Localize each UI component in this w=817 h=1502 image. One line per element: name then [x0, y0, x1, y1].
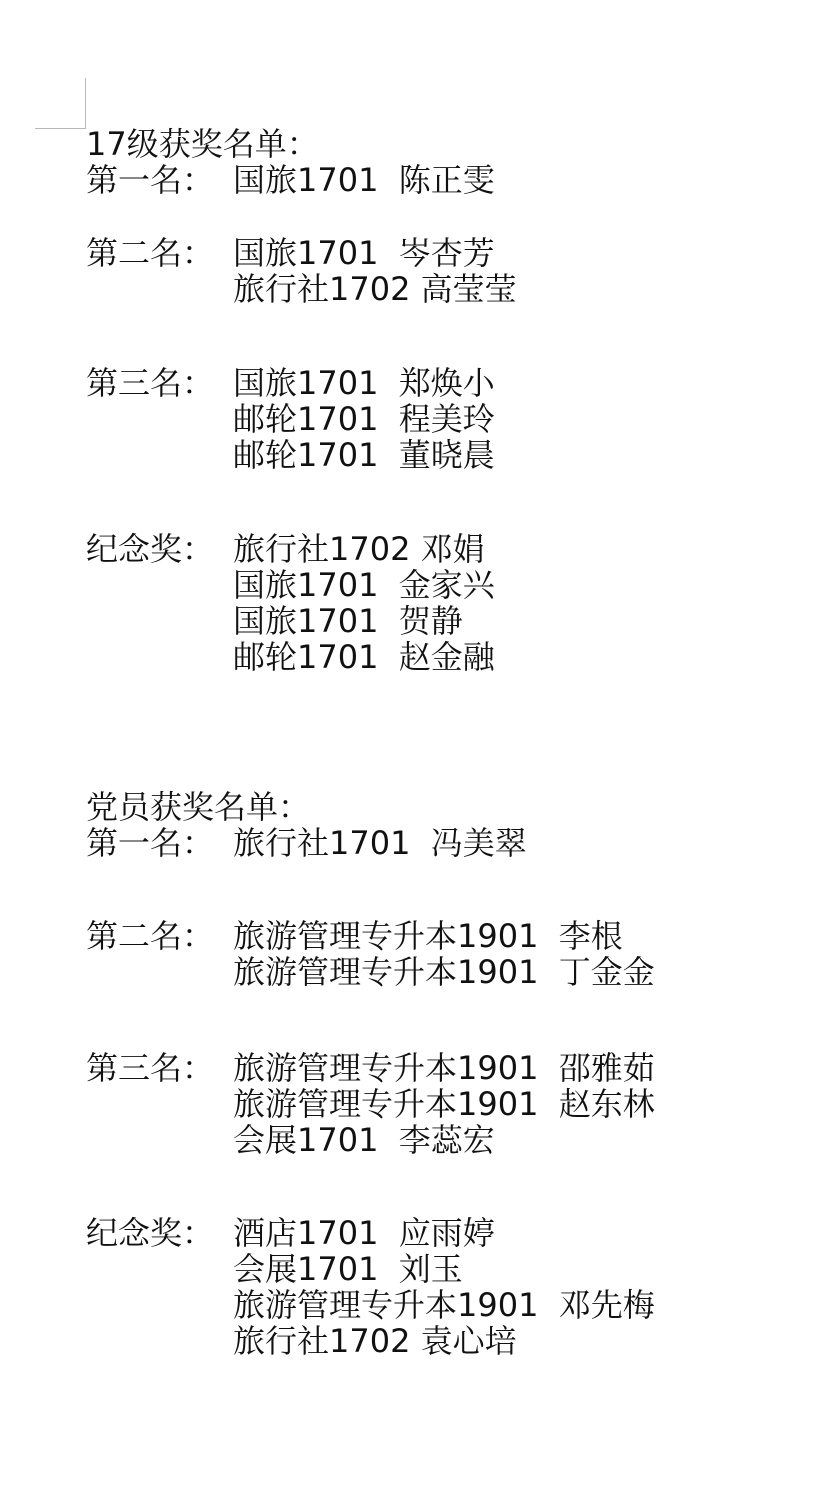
award-entry: 旅行社1702 邓娟	[233, 531, 485, 567]
rank-label: 纪念奖：	[86, 1215, 214, 1251]
award-entry: 旅游管理专升本1901 邵雅茹	[233, 1050, 655, 1086]
rank-label: 第一名：	[86, 162, 214, 198]
award-entry: 邮轮1701 董晓晨	[233, 437, 495, 473]
award-entry: 旅游管理专升本1901 邓先梅	[233, 1287, 655, 1323]
award-entry: 邮轮1701 程美玲	[233, 401, 495, 437]
award-entry: 国旅1701 岑杏芳	[233, 235, 495, 271]
award-entry: 旅行社1702 高莹莹	[233, 271, 517, 307]
rank-label: 第一名：	[86, 825, 214, 861]
page-margin-corner-mark	[35, 78, 86, 129]
award-entry: 旅行社1702 袁心培	[233, 1323, 517, 1359]
section-title: 17级获奖名单：	[86, 126, 319, 162]
award-entry: 国旅1701 陈正雯	[233, 162, 495, 198]
rank-label: 第二名：	[86, 235, 214, 271]
award-entry: 国旅1701 贺静	[233, 603, 463, 639]
rank-label: 第三名：	[86, 365, 214, 401]
rank-label: 第二名：	[86, 918, 214, 954]
award-entry: 国旅1701 金家兴	[233, 567, 495, 603]
award-entry: 会展1701 刘玉	[233, 1251, 463, 1287]
award-entry: 国旅1701 郑焕小	[233, 365, 495, 401]
award-entry: 旅游管理专升本1901 丁金金	[233, 954, 655, 990]
award-entry: 酒店1701 应雨婷	[233, 1215, 495, 1251]
award-entry: 旅游管理专升本1901 李根	[233, 918, 623, 954]
section-title: 党员获奖名单：	[86, 789, 310, 825]
award-entry: 旅游管理专升本1901 赵东林	[233, 1086, 655, 1122]
award-entry: 旅行社1701 冯美翠	[233, 825, 527, 861]
award-entry: 会展1701 李蕊宏	[233, 1122, 495, 1158]
rank-label: 第三名：	[86, 1050, 214, 1086]
award-entry: 邮轮1701 赵金融	[233, 639, 495, 675]
rank-label: 纪念奖：	[86, 531, 214, 567]
